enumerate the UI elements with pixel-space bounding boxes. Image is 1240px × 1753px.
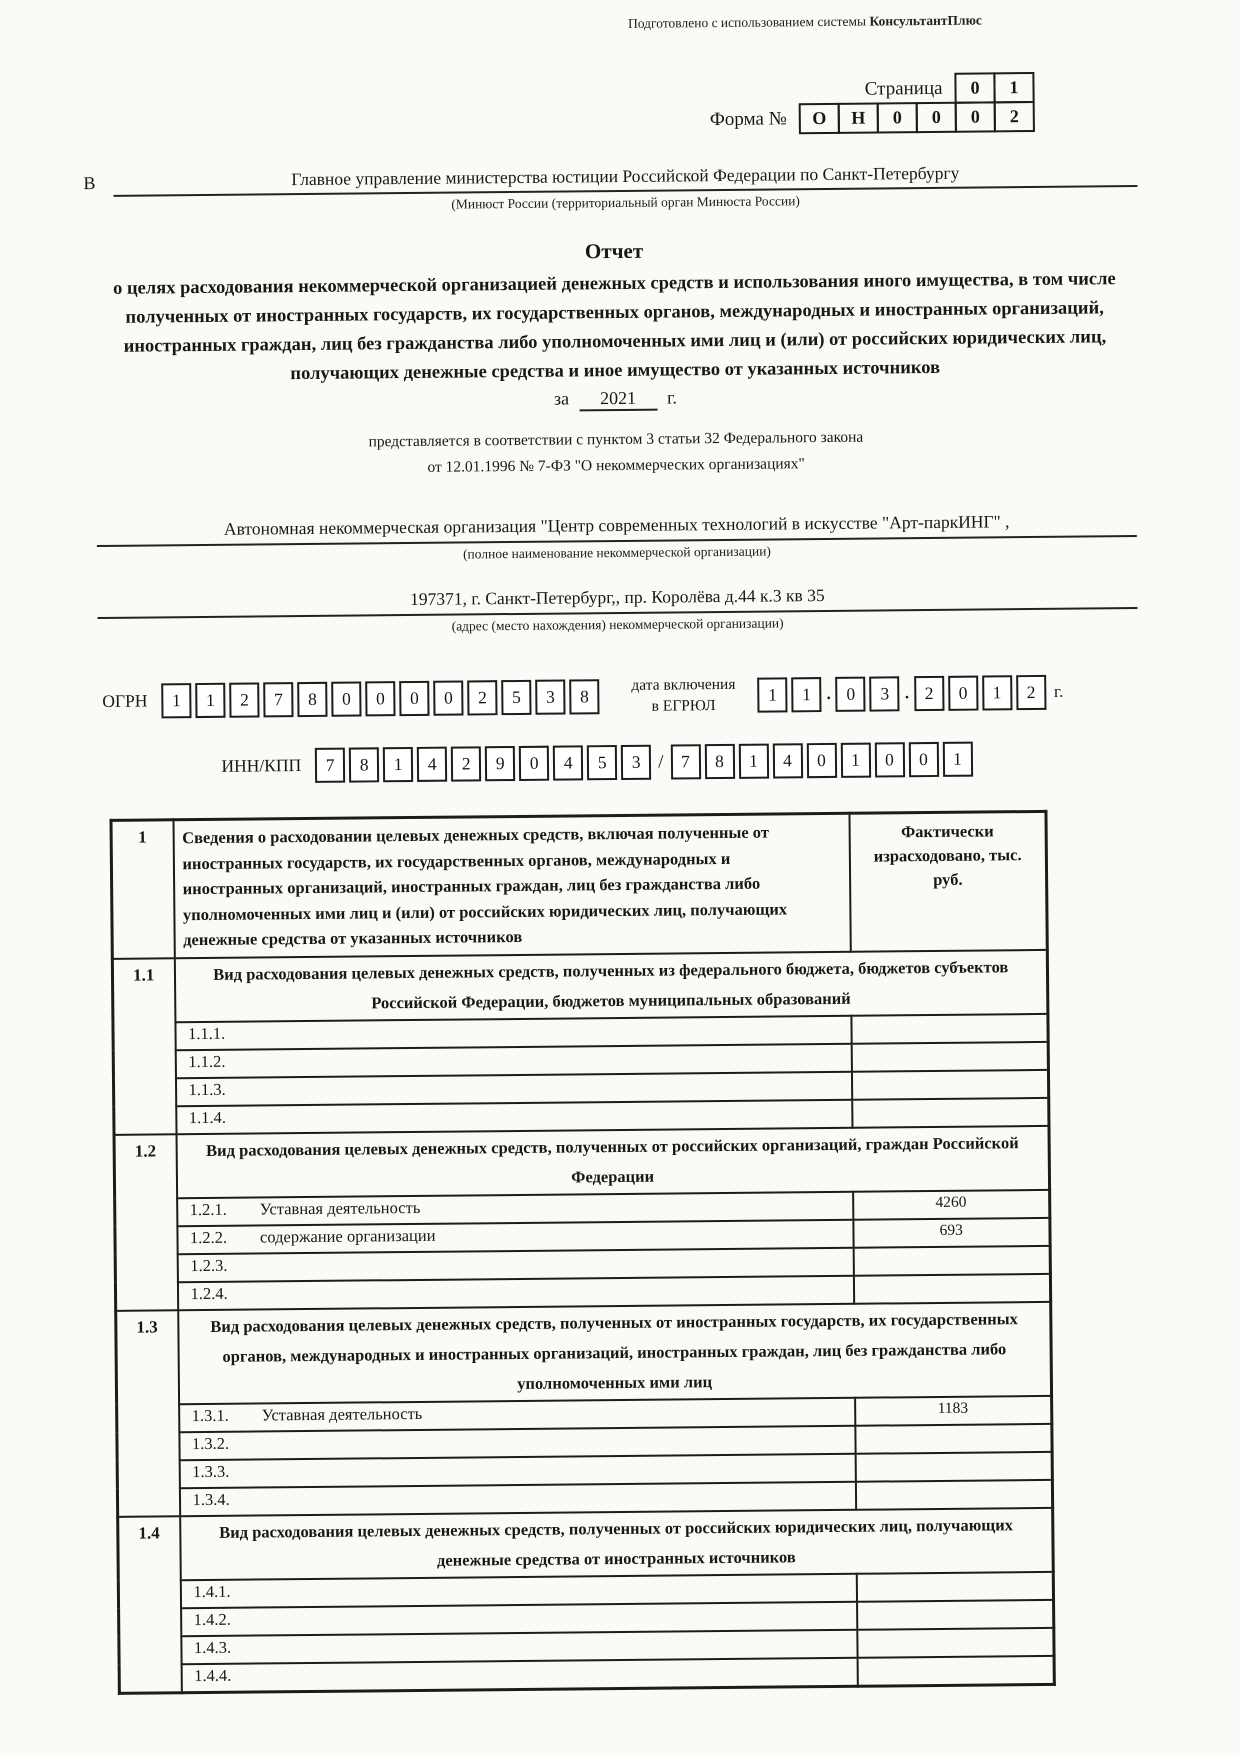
form-code-digit: 0 [955, 101, 996, 132]
section-number: 1.4 [118, 1516, 182, 1693]
section-number: 1.2 [114, 1134, 178, 1311]
inn-digit: 7 [315, 748, 345, 783]
form-number-boxes: ОН0002 [799, 101, 1035, 134]
row-number: 1.1.2. [188, 1051, 236, 1071]
egrul-date-digit: 1 [757, 677, 787, 712]
row-number: 1.2.2. [190, 1227, 238, 1247]
page-number-boxes: 01 [954, 72, 1034, 104]
report-title: Отчет [0, 233, 1234, 270]
row-number: 1.4.4. [194, 1665, 242, 1685]
row-amount [853, 1273, 1050, 1303]
egrul-date-digit: 2 [1016, 674, 1046, 709]
consultant-plus-watermark: Подготовлено с использованием системы Ко… [0, 0, 1232, 38]
table-header-amount: Фактически израсходовано, тыс. руб. [849, 811, 1047, 951]
table-header-row: 1Сведения о расходовании целевых денежны… [111, 811, 1047, 958]
inn-kpp-label: ИНН/КПП [221, 755, 301, 777]
row-amount [857, 1599, 1054, 1629]
row-amount [851, 1013, 1048, 1043]
ogrn-row: ОГРН 1127800002538 дата включения в ЕГРЮ… [0, 669, 1239, 723]
row-number: 1.1.1. [188, 1023, 236, 1043]
scanned-report-page: Подготовлено с использованием системы Ко… [0, 0, 1240, 1753]
addressee-block: В Главное управление министерства юстици… [0, 160, 1234, 217]
inn-digit: 3 [621, 745, 651, 780]
row-amount [856, 1571, 1053, 1601]
row-number: 1.1.4. [189, 1107, 237, 1127]
row-label-cell: 1.4.4. [181, 1657, 857, 1692]
kpp-digit: 4 [772, 743, 802, 778]
inn-digit: 8 [349, 747, 379, 782]
egrul-date-boxes: 11.03.2012 [757, 674, 1050, 712]
ogrn-digit-boxes: 1127800002538 [161, 679, 603, 718]
ogrn-digit: 0 [399, 680, 429, 715]
row-amount: 4260 [853, 1189, 1050, 1219]
ogrn-digit: 1 [161, 683, 191, 718]
form-number-label: Форма № [710, 108, 787, 131]
row-number: 1.4.2. [194, 1609, 242, 1629]
inn-digit: 0 [519, 746, 549, 781]
row-amount [855, 1479, 1052, 1509]
legal-basis: представляется в соответствии с пунктом … [0, 421, 1236, 485]
watermark-prefix: Подготовлено с использованием системы [628, 14, 870, 31]
kpp-digit-boxes: 781401001 [670, 742, 976, 780]
row-number: 1.1.3. [188, 1079, 236, 1099]
inn-kpp-separator: / [658, 751, 663, 773]
ogrn-digit: 0 [365, 681, 395, 716]
inn-digit-boxes: 7814290453 [315, 745, 655, 783]
form-code-digit: 0 [916, 102, 957, 133]
table-header-number: 1 [111, 820, 174, 959]
year-value: 2021 [579, 388, 657, 412]
row-amount: 693 [853, 1217, 1050, 1247]
egrul-date-digit: 0 [836, 676, 866, 711]
ogrn-digit: 2 [229, 682, 259, 717]
section-title: Вид расходования целевых денежных средст… [178, 1301, 1052, 1403]
section-header-row: 1.1Вид расходования целевых денежных сре… [112, 949, 1048, 1022]
row-number: 1.4.3. [194, 1637, 242, 1657]
kpp-digit: 1 [942, 742, 972, 777]
row-amount [855, 1423, 1052, 1453]
table-header-description: Сведения о расходовании целевых денежных… [173, 813, 850, 957]
watermark-brand: КонсультантПлюс [869, 12, 982, 28]
inn-digit: 4 [553, 745, 583, 780]
section-number: 1.3 [116, 1310, 180, 1517]
row-number: 1.4.1. [193, 1581, 241, 1601]
section-title: Вид расходования целевых денежных средст… [174, 949, 1048, 1021]
row-amount: 1183 [855, 1395, 1052, 1425]
egrul-date-digit: 1 [791, 677, 821, 712]
row-number: 1.3.4. [192, 1489, 240, 1509]
inn-digit: 1 [383, 747, 413, 782]
form-code-digit: 0 [877, 102, 918, 133]
row-amount [853, 1245, 1050, 1275]
form-code-digit: О [799, 103, 840, 134]
row-number: 1.3.3. [192, 1461, 240, 1481]
row-number: 1.3.2. [192, 1433, 240, 1453]
row-amount [857, 1627, 1054, 1657]
inn-digit: 2 [451, 746, 481, 781]
ogrn-digit: 3 [535, 679, 565, 714]
inn-kpp-row: ИНН/КПП 7814290453 / 781401001 [0, 739, 1239, 786]
section-header-row: 1.3Вид расходования целевых денежных сре… [116, 1301, 1052, 1404]
kpp-digit: 1 [840, 743, 870, 778]
kpp-digit: 8 [704, 744, 734, 779]
egrul-date-digit: 0 [948, 675, 978, 710]
ogrn-digit: 1 [195, 682, 225, 717]
ogrn-digit: 5 [501, 679, 531, 714]
egrul-date-label-line1: дата включения [631, 674, 735, 696]
row-number: 1.2.1. [190, 1199, 238, 1219]
organization-name-block: Автономная некоммерческая организация "Ц… [97, 510, 1137, 566]
row-amount [857, 1655, 1054, 1685]
inn-digit: 4 [417, 747, 447, 782]
inn-digit: 9 [485, 746, 515, 781]
row-number: 1.3.1. [192, 1405, 240, 1425]
addressee-prefix: В [83, 171, 95, 216]
egrul-date-label: дата включения в ЕГРЮЛ [631, 674, 735, 717]
kpp-digit: 7 [670, 744, 700, 779]
egrul-date-label-line2: в ЕГРЮЛ [652, 695, 716, 717]
section-header-row: 1.4Вид расходования целевых денежных сре… [118, 1507, 1054, 1580]
row-number: 1.2.4. [190, 1283, 238, 1303]
inn-digit: 5 [587, 745, 617, 780]
expenditure-table: 1Сведения о расходовании целевых денежны… [109, 810, 1055, 1694]
page-number-digit: 1 [993, 72, 1034, 103]
ogrn-digit: 0 [331, 681, 361, 716]
section-title: Вид расходования целевых денежных средст… [176, 1125, 1050, 1197]
row-amount [851, 1041, 1048, 1071]
organization-address-block: 197371, г. Санкт-Петербург,, пр. Королёв… [97, 582, 1137, 638]
ogrn-digit: 8 [297, 681, 327, 716]
date-separator-dot: . [826, 684, 830, 704]
ogrn-digit: 7 [263, 682, 293, 717]
kpp-digit: 0 [874, 742, 904, 777]
egrul-date-suffix: г. [1054, 682, 1064, 702]
row-amount [855, 1451, 1052, 1481]
row-amount [851, 1069, 1048, 1099]
kpp-digit: 0 [908, 742, 938, 777]
report-subtitle: о целях расходования некоммерческой орга… [97, 265, 1132, 391]
ogrn-digit: 2 [467, 680, 497, 715]
page-number-digit: 0 [954, 72, 995, 103]
ogrn-label: ОГРН [102, 690, 147, 711]
section-number: 1.1 [112, 958, 176, 1135]
row-description: содержание организации [260, 1225, 436, 1246]
form-code-block: Страница 01 Форма № ОН0002 [0, 72, 1035, 142]
year-suffix: г. [667, 387, 677, 407]
section-title: Вид расходования целевых денежных средст… [180, 1507, 1054, 1579]
form-code-digit: Н [838, 102, 879, 133]
egrul-date-digit: 1 [982, 675, 1012, 710]
form-code-digit: 2 [994, 101, 1035, 132]
row-description: Уставная деятельность [262, 1403, 423, 1424]
date-separator-dot: . [905, 683, 909, 703]
egrul-date-digit: 3 [870, 676, 900, 711]
ogrn-digit: 0 [433, 680, 463, 715]
section-header-row: 1.2Вид расходования целевых денежных сре… [114, 1125, 1050, 1198]
page-number-label: Страница [865, 77, 943, 100]
row-number: 1.2.3. [190, 1255, 238, 1275]
row-amount [852, 1097, 1049, 1127]
kpp-digit: 1 [738, 744, 768, 779]
egrul-date-digit: 2 [914, 675, 944, 710]
row-description: Уставная деятельность [260, 1197, 421, 1218]
ogrn-digit: 8 [569, 679, 599, 714]
year-prefix: за [554, 388, 569, 408]
kpp-digit: 0 [806, 743, 836, 778]
